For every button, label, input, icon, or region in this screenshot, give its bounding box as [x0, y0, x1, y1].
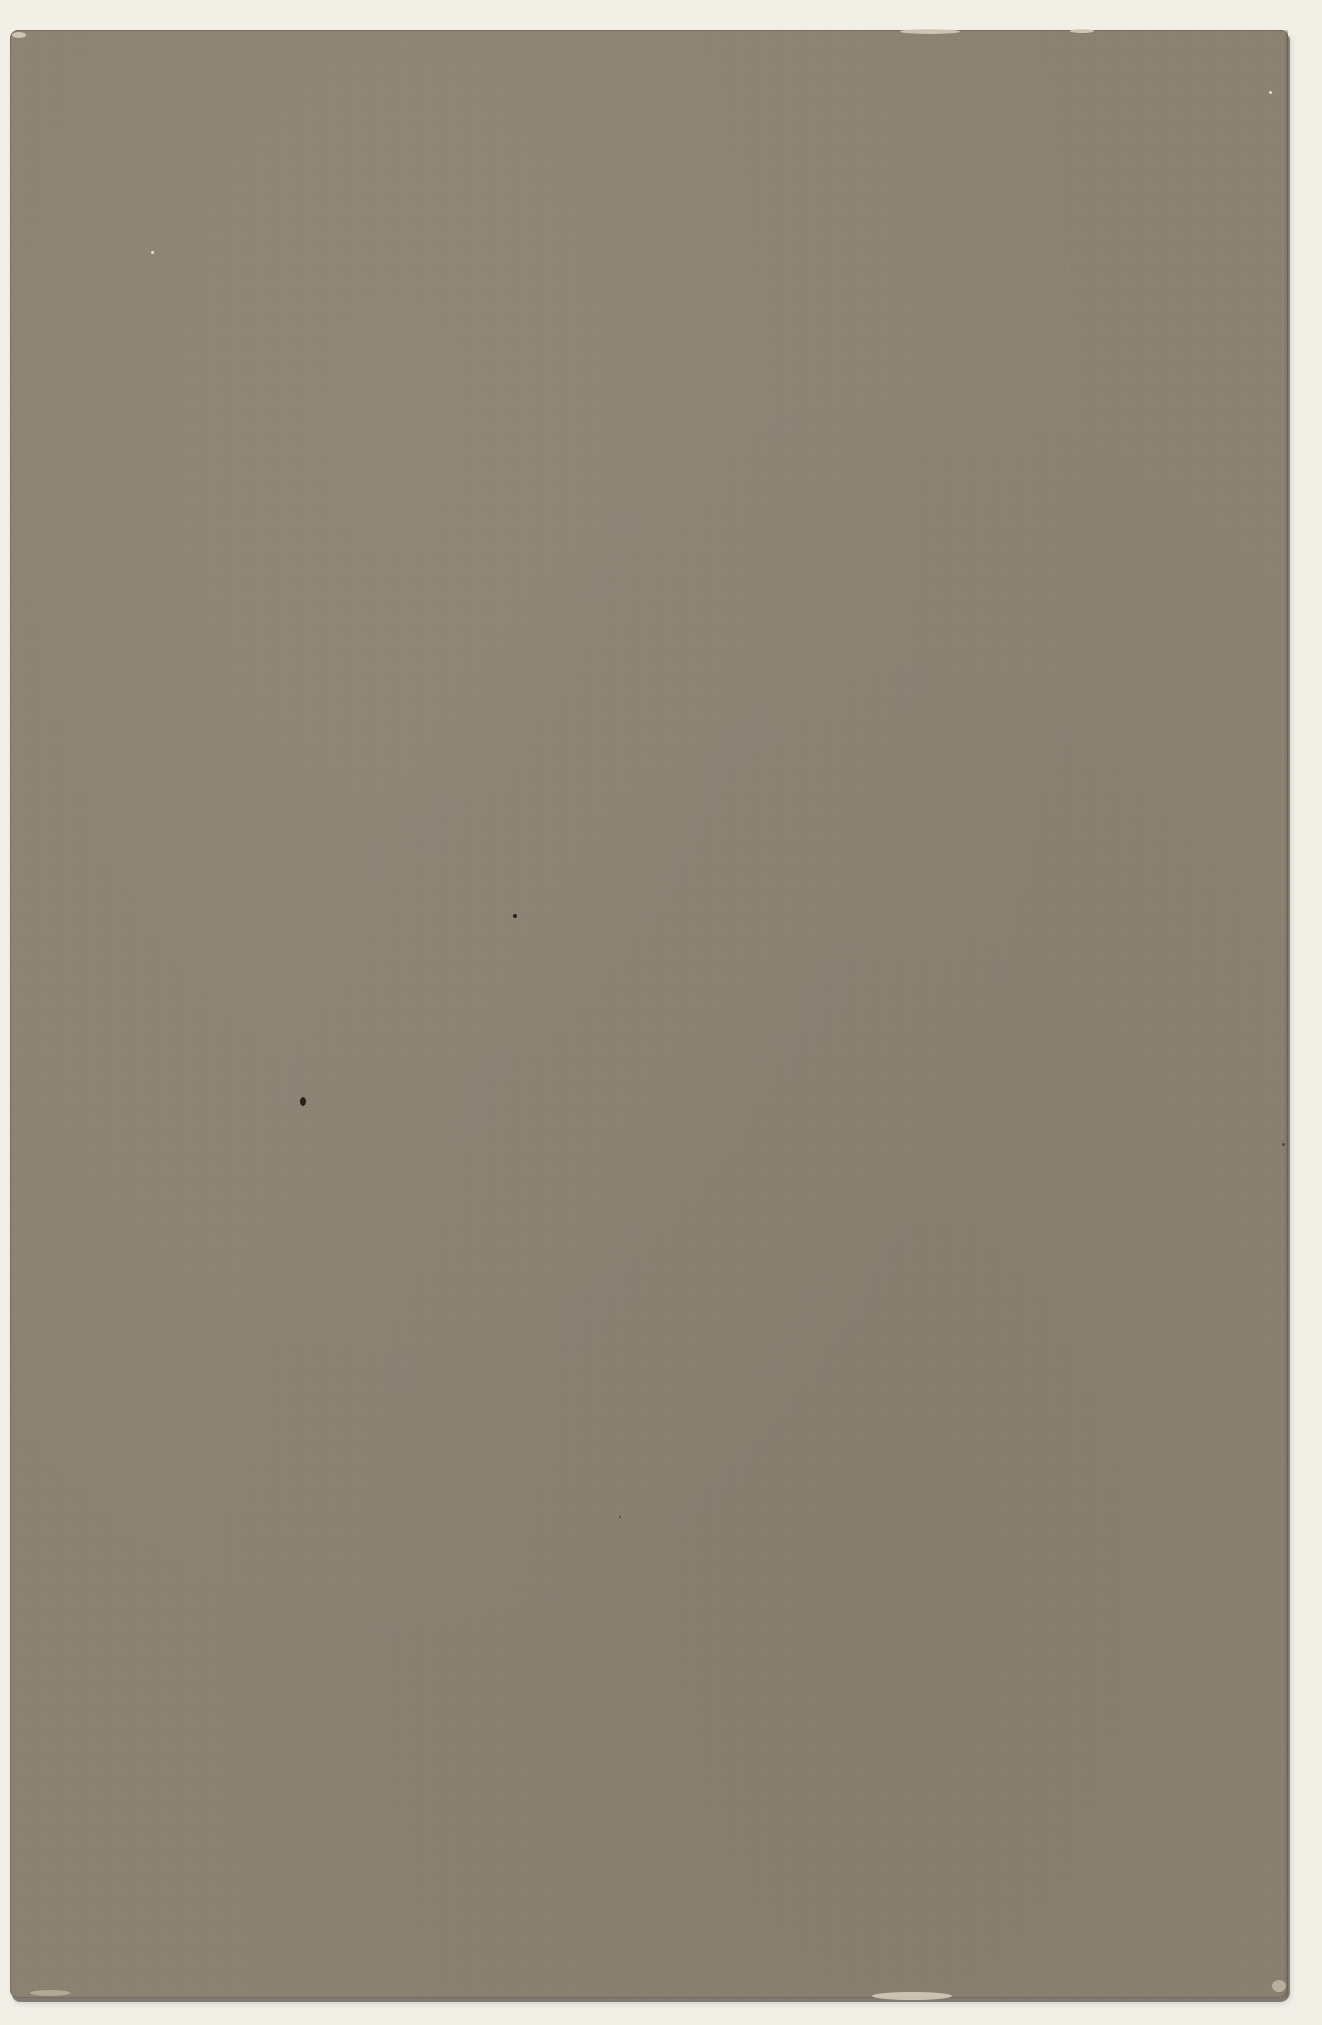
surface-speck [513, 914, 517, 918]
surface-light-speck [151, 251, 154, 254]
top-edge-wear [1070, 29, 1094, 33]
top-left-corner-wear [12, 32, 26, 38]
bottom-right-corner-wear [1272, 1980, 1286, 1992]
surface-speck [619, 1516, 621, 1518]
card-right-edge [1284, 30, 1288, 1998]
surface-speck [300, 1097, 306, 1106]
cabinet-card-back [10, 30, 1288, 1998]
surface-light-speck [1269, 91, 1272, 94]
top-edge-wear [900, 29, 960, 34]
bottom-edge-wear [30, 1990, 70, 1996]
bottom-edge-wear [872, 1992, 952, 2000]
surface-speck [1282, 1143, 1285, 1146]
